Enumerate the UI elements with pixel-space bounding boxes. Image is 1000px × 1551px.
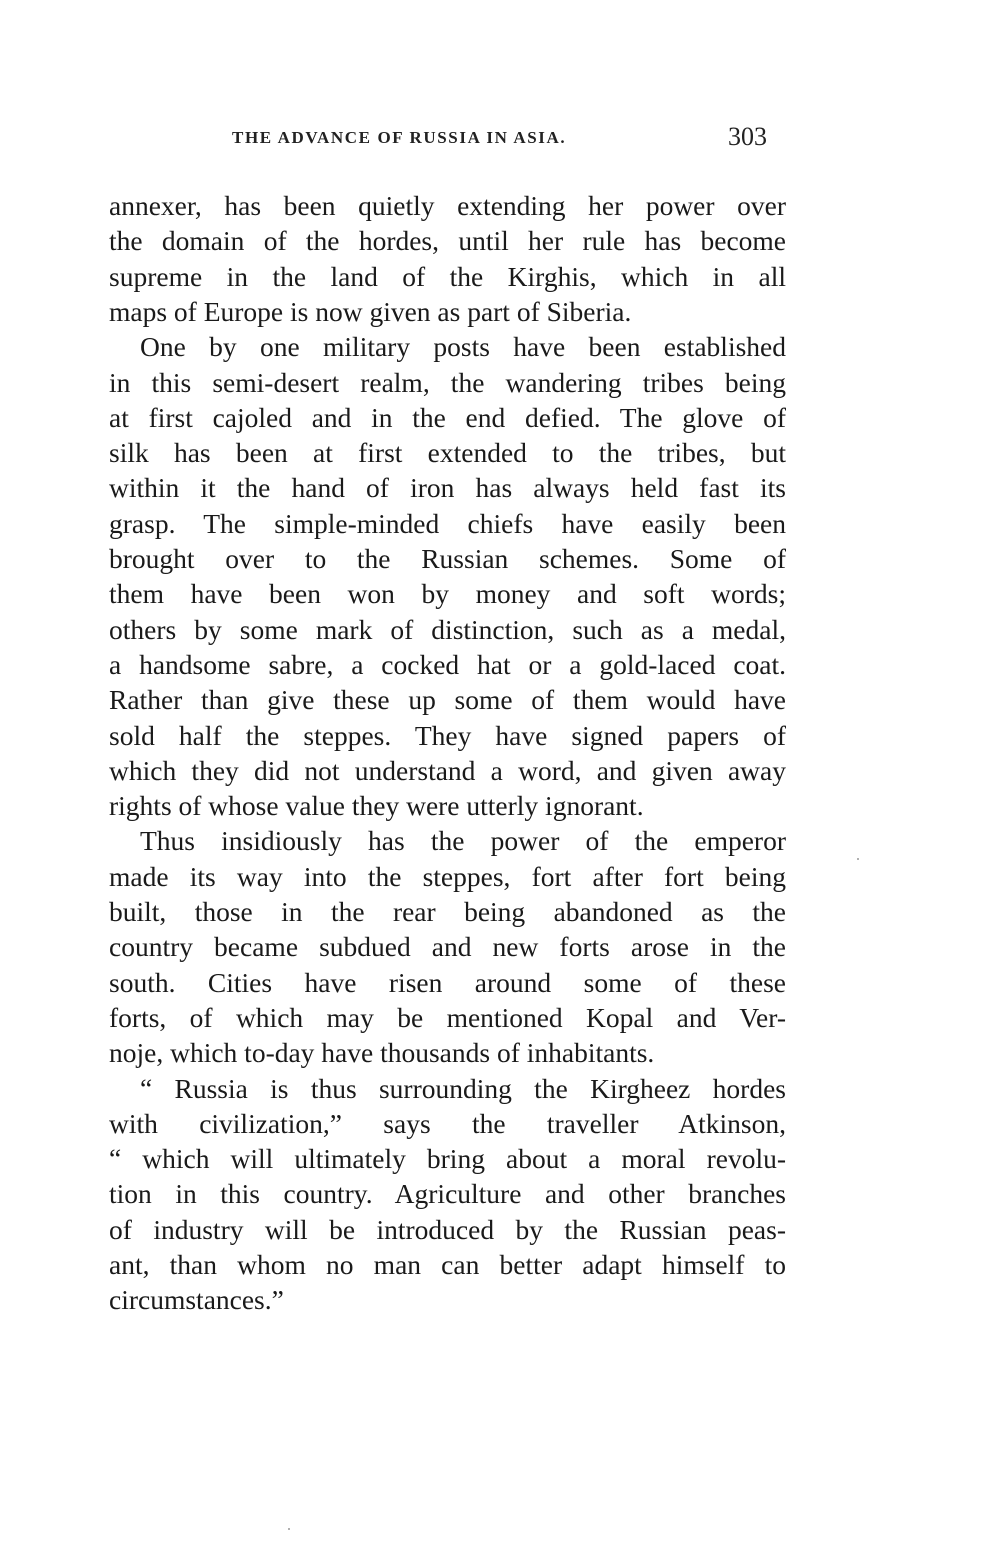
text-line: country became subdued and new forts aro… xyxy=(109,929,786,964)
text-line: rights of whose value they were utterly … xyxy=(109,788,786,823)
text-line: a handsome sabre, a cocked hat or a gold… xyxy=(109,647,786,682)
text-line: others by some mark of distinction, such… xyxy=(109,612,786,647)
text-line: “ which will ultimately bring about a mo… xyxy=(109,1141,786,1176)
text-line: with civilization,” says the traveller A… xyxy=(109,1106,786,1141)
text-line: ant, than whom no man can better adapt h… xyxy=(109,1247,786,1282)
text-line: grasp. The simple-minded chiefs have eas… xyxy=(109,506,786,541)
book-page: THE ADVANCE OF RUSSIA IN ASIA. 303 annex… xyxy=(0,0,1000,1551)
text-line: which they did not understand a word, an… xyxy=(109,753,786,788)
text-line: maps of Europe is now given as part of S… xyxy=(109,294,786,329)
text-line: sold half the steppes. They have signed … xyxy=(109,718,786,753)
text-line: annexer, has been quietly extending her … xyxy=(109,188,786,223)
text-line: at first cajoled and in the end defied. … xyxy=(109,400,786,435)
text-line: of industry will be introduced by the Ru… xyxy=(109,1212,786,1247)
text-line: made its way into the steppes, fort afte… xyxy=(109,859,786,894)
running-title: THE ADVANCE OF RUSSIA IN ASIA. xyxy=(232,128,566,148)
text-line: the domain of the hordes, until her rule… xyxy=(109,223,786,258)
text-line: in this semi-desert realm, the wandering… xyxy=(109,365,786,400)
text-line: forts, of which may be mentioned Kopal a… xyxy=(109,1000,786,1035)
scan-speck xyxy=(288,1528,290,1530)
text-line: tion in this country. Agriculture and ot… xyxy=(109,1176,786,1211)
text-line: Rather than give these up some of them w… xyxy=(109,682,786,717)
text-line: noje, which to-day have thousands of inh… xyxy=(109,1035,786,1070)
text-line: “ Russia is thus surrounding the Kirghee… xyxy=(140,1071,786,1106)
text-line: supreme in the land of the Kirghis, whic… xyxy=(109,259,786,294)
text-line: within it the hand of iron has always he… xyxy=(109,470,786,505)
text-line: built, those in the rear being abandoned… xyxy=(109,894,786,929)
text-line: them have been won by money and soft wor… xyxy=(109,576,786,611)
text-line: silk has been at first extended to the t… xyxy=(109,435,786,470)
scan-speck xyxy=(857,858,859,860)
text-line: brought over to the Russian schemes. Som… xyxy=(109,541,786,576)
page-number: 303 xyxy=(728,122,767,152)
text-line: One by one military posts have been esta… xyxy=(140,329,786,364)
text-line: circumstances.” xyxy=(109,1282,786,1317)
text-line: south. Cities have risen around some of … xyxy=(109,965,786,1000)
text-line: Thus insidiously has the power of the em… xyxy=(140,823,786,858)
